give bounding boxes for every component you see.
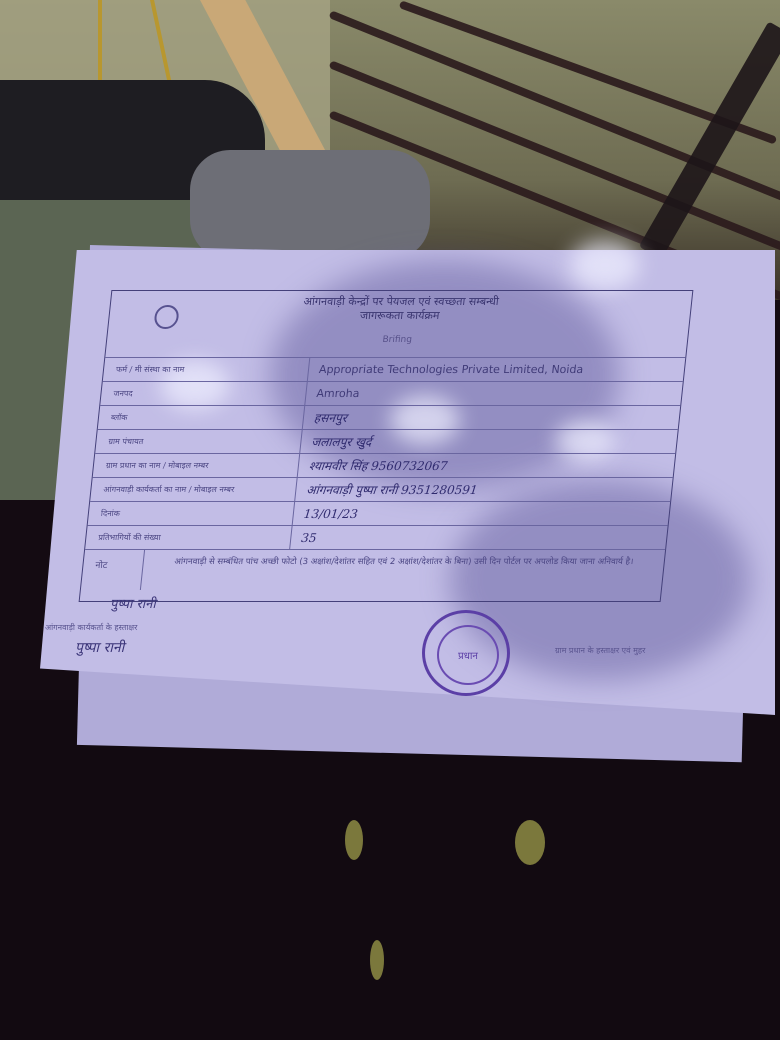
signature-right-caption: ग्राम प्रधान के हस्ताक्षर एवं मुहर (555, 645, 645, 656)
title-line-2: जागरूकता कार्यक्रम (109, 309, 690, 323)
form-rows: फर्म / मी संस्था का नामAppropriate Techn… (81, 357, 685, 590)
row-label: ब्लॉक (98, 406, 305, 429)
row-value: 35 (291, 531, 667, 545)
stamp-icon: प्रधान (422, 610, 510, 696)
row-label: आंगनवाड़ी कार्यकर्ता का नाम / मोबाइल नम्… (90, 478, 297, 501)
stamp-text: प्रधान (437, 625, 499, 685)
row-value: Appropriate Technologies Private Limited… (308, 363, 684, 376)
form-row: दिनांक13/01/23 (88, 501, 671, 525)
grey-cloth (190, 150, 430, 260)
light-patch (570, 240, 640, 290)
light-glint (370, 940, 384, 980)
row-label: ग्राम प्रधान का नाम / मोबाइल नम्बर (93, 454, 300, 477)
row-value: आंगनवाड़ी पुष्पा रानी 9351280591 (296, 481, 673, 498)
row-value: Amroha (306, 387, 682, 400)
note-label: नोट (81, 550, 145, 590)
row-label: जनपद (100, 382, 307, 405)
row-value: 13/01/23 (293, 507, 669, 521)
light-glint (345, 820, 363, 860)
row-value: जलालपुर खुर्द (301, 433, 678, 450)
form-row: ब्लॉकहसनपुर (98, 405, 681, 429)
form-table: आंगनवाड़ी केन्द्रों पर पेयजल एवं स्वच्छत… (79, 290, 694, 602)
row-label: प्रतिभागियों की संख्या (85, 526, 292, 549)
signature-handwritten: पुष्पा रानी (75, 638, 124, 657)
form-note: नोटआंगनवाड़ी से सम्बंधित पांच अच्छी फोटो… (81, 549, 665, 590)
row-value: हसनपुर (303, 409, 680, 426)
form-subtitle: Brifing (107, 335, 688, 345)
form-row: आंगनवाड़ी कार्यकर्ता का नाम / मोबाइल नम्… (90, 477, 673, 501)
photo-scene: आंगनवाड़ी केन्द्रों पर पेयजल एवं स्वच्छत… (0, 0, 780, 1040)
signature-left-caption: आंगनवाड़ी कार्यकर्ता के हस्ताक्षर (45, 622, 137, 633)
row-label: ग्राम पंचायत (95, 430, 302, 453)
title-line-1: आंगनवाड़ी केन्द्रों पर पेयजल एवं स्वच्छत… (110, 295, 691, 309)
rope (98, 0, 102, 90)
form-row: प्रतिभागियों की संख्या35 (85, 525, 668, 549)
form-row: ग्राम प्रधान का नाम / मोबाइल नम्बरश्यामव… (93, 453, 676, 477)
row-label: फर्म / मी संस्था का नाम (103, 358, 310, 381)
note-text: आंगनवाड़ी से सम्बंधित पांच अच्छी फोटो (3… (141, 550, 665, 590)
form-title: आंगनवाड़ी केन्द्रों पर पेयजल एवं स्वच्छत… (109, 295, 692, 323)
form-row: फर्म / मी संस्था का नामAppropriate Techn… (103, 357, 686, 381)
light-glint (515, 820, 545, 865)
row-label: दिनांक (88, 502, 295, 525)
signature-name: पुष्पा रानी (110, 594, 156, 612)
form-row: ग्राम पंचायतजलालपुर खुर्द (95, 429, 678, 453)
row-value: श्यामवीर सिंह 9560732067 (298, 457, 675, 474)
form-row: जनपदAmroha (100, 381, 683, 405)
